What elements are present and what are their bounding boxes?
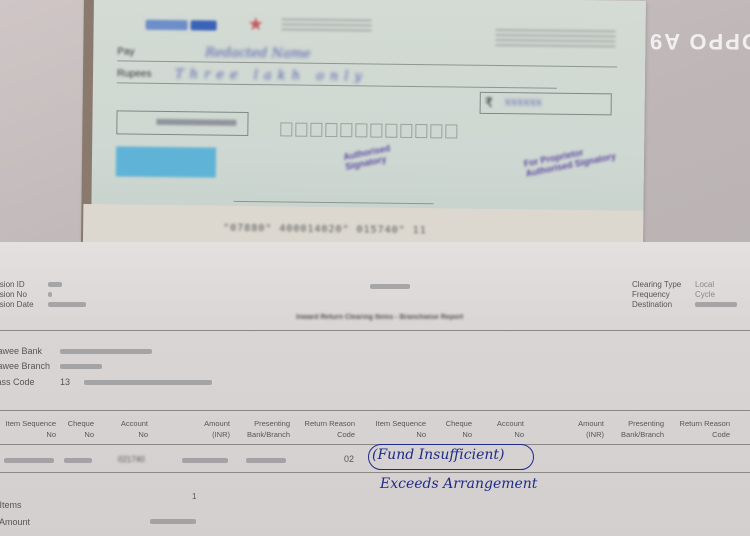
col-return-reason-2: Return ReasonCode — [676, 418, 730, 440]
pay-label: Pay — [117, 46, 134, 57]
total-amount-label: Total Amount — [0, 517, 30, 527]
clearing-type-value: Local — [695, 280, 714, 289]
row-item-seq — [4, 458, 54, 463]
report-title: Inward Return Clearing Items - Branchwis… — [296, 314, 463, 321]
col-item-seq-2: Item SequenceNo — [370, 418, 426, 440]
row-amount — [182, 458, 228, 463]
bank-logo — [146, 17, 226, 30]
divider — [0, 330, 750, 331]
class-code-label: Class Code — [0, 377, 35, 387]
date-boxes — [280, 122, 457, 138]
rupees-label: Rupees — [117, 68, 152, 79]
session-id-label: Session ID — [0, 280, 25, 289]
destination-label: Destination — [632, 300, 672, 309]
drawee-bank-label: Drawee Bank — [0, 346, 42, 356]
total-items-value: 1 — [192, 492, 196, 501]
stamp-left: AuthorisedSignatory — [343, 143, 394, 172]
signature-line — [233, 201, 433, 204]
col-presenting: PresentingBank/Branch — [240, 418, 290, 440]
col-account: AccountNo — [110, 418, 148, 440]
handwritten-note-1: (Fund Insufficient) — [372, 447, 504, 463]
drawee-bank-value — [60, 349, 152, 354]
clearing-type-label: Clearing Type — [632, 280, 681, 289]
col-amount: Amount(INR) — [190, 418, 230, 440]
col-return-reason: Return ReasonCode — [300, 418, 355, 440]
amount-figure-box — [480, 92, 612, 116]
session-no-label: Session No — [0, 290, 27, 299]
camera-watermark: OPPO A9 — [648, 28, 750, 54]
rupee-symbol: ₹ — [485, 95, 493, 111]
session-date-label: Session Date — [0, 300, 34, 309]
col-cheque-2: ChequeNo — [440, 418, 472, 440]
class-code-desc — [84, 380, 212, 385]
amount-words-handwritten: Three lakh only — [175, 67, 368, 84]
return-report: Session ID Session No Session Date Clear… — [0, 242, 750, 536]
total-items-label: Total Items — [0, 500, 22, 510]
total-amount-value — [150, 519, 196, 524]
session-no-value — [48, 292, 52, 297]
frequency-label: Frequency — [632, 290, 670, 299]
divider — [0, 472, 750, 473]
session-date-value — [48, 302, 86, 307]
row-cheque-no — [64, 458, 92, 463]
branch-address — [282, 18, 372, 33]
center-value — [370, 284, 410, 289]
row-account-no: 021740 — [118, 455, 145, 464]
row-presenting — [246, 458, 286, 463]
drawee-branch-label: Drawee Branch — [0, 361, 50, 371]
drawee-branch-value — [60, 364, 102, 369]
cyan-field — [116, 146, 216, 177]
col-item-seq: Item SequenceNo — [0, 418, 56, 440]
col-presenting-2: PresentingBank/Branch — [614, 418, 664, 440]
bank-star-icon: ★ — [248, 14, 264, 35]
col-cheque: ChequeNo — [62, 418, 94, 440]
col-amount-2: Amount(INR) — [570, 418, 604, 440]
row-return-code: 02 — [344, 454, 354, 464]
class-code-num: 13 — [60, 377, 70, 387]
cheque: ★ Pay Redacted Name Rupees Three lakh on… — [83, 0, 646, 251]
frequency-value: Cycle — [695, 290, 715, 299]
destination-value — [695, 302, 737, 307]
account-number-blurred — [156, 119, 236, 126]
session-id-value — [48, 282, 62, 287]
ifsc-block — [495, 29, 615, 50]
divider — [0, 410, 750, 411]
col-account-2: AccountNo — [488, 418, 524, 440]
handwritten-note-2: Exceeds Arrangement — [380, 476, 537, 492]
amount-figure: xxxxxx — [505, 95, 542, 108]
stamp-right: For ProprietorAuthorised Signatory — [523, 141, 617, 179]
payee-handwritten: Redacted Name — [205, 45, 311, 61]
